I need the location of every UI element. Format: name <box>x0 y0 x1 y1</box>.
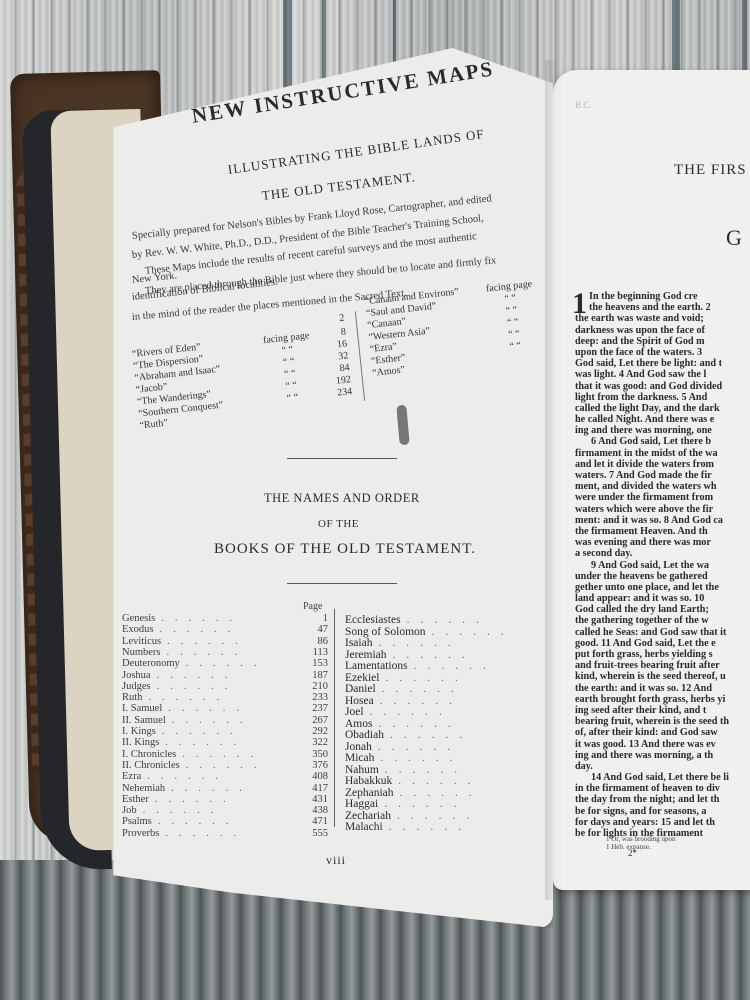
book-name: Nahum <box>345 765 379 776</box>
book-row: Habakkuk...... <box>345 776 555 787</box>
leader-dots: ...... <box>156 726 302 737</box>
leader-dots: ...... <box>162 703 302 714</box>
book-page: 113 <box>302 647 328 658</box>
book-row: Joel...... <box>345 707 555 718</box>
book-name: Ezekiel <box>345 673 379 684</box>
leader-dots: ...... <box>408 661 555 672</box>
book-name: I. Kings <box>122 726 156 737</box>
leader-dots: ...... <box>378 799 555 810</box>
scripture-line: ment: and it was so. 8 And God ca <box>575 515 750 526</box>
scripture-line: In the beginning God cre <box>575 291 750 302</box>
scripture-line: the day from the night; and let th <box>575 794 750 805</box>
scripture-line: put forth grass, herbs yielding s <box>575 649 750 660</box>
scripture-line: bearing fruit, wherein is the seed th <box>575 716 750 727</box>
book-row: I. Kings......292 <box>122 726 328 737</box>
right-page-number: 2* <box>628 848 637 858</box>
scripture-line: earth brought forth grass, herbs yi <box>575 694 750 705</box>
scripture-line: the earth: and it was so. 12 And <box>575 683 750 694</box>
leader-dots: ...... <box>372 742 555 753</box>
scripture-line: land appear: and it was so. 10 <box>575 593 750 604</box>
book-name: Leviticus <box>122 636 161 647</box>
book-name: Amos <box>345 719 372 730</box>
leader-dots: ...... <box>372 719 555 730</box>
scripture-line: ing seed after their kind, and t <box>575 705 750 716</box>
scripture-line: for days and years: 15 and let th <box>575 817 750 828</box>
leader-dots: ...... <box>392 776 555 787</box>
leader-dots: ...... <box>165 783 302 794</box>
book-row: Isaiah...... <box>345 638 555 649</box>
scripture-line: in the firmament of heaven to div <box>575 783 750 794</box>
leader-dots: ...... <box>149 794 302 805</box>
leader-dots: ...... <box>383 822 555 833</box>
book-page: 1 <box>302 613 328 624</box>
book-name: Isaiah <box>345 638 372 649</box>
book-row: Psalms......471 <box>122 816 328 827</box>
book-name: II. Chronicles <box>122 760 180 771</box>
book-row: Zephaniah...... <box>345 788 555 799</box>
book-row: Nahum...... <box>345 765 555 776</box>
book-page: 86 <box>302 636 328 647</box>
leader-dots: ...... <box>180 760 302 771</box>
book-name: Deuteronomy <box>122 658 180 669</box>
book-row: Judges......210 <box>122 681 328 692</box>
book-row: Numbers......113 <box>122 647 328 658</box>
leader-dots: ...... <box>391 811 555 822</box>
scripture-line: was light. 4 And God saw the l <box>575 369 750 380</box>
leader-dots: ...... <box>151 681 302 692</box>
leader-dots: ...... <box>155 613 302 624</box>
book-name: Habakkuk <box>345 776 392 787</box>
book-name: Psalms <box>122 816 152 827</box>
scripture-line: good. 11 And God said, Let the e <box>575 638 750 649</box>
book-page: 376 <box>302 760 328 771</box>
leader-dots: ...... <box>374 753 555 764</box>
books-heading-line-1: THE NAMES AND ORDER <box>264 491 420 506</box>
book-row: Ruth......233 <box>122 692 328 703</box>
book-name: Obadiah <box>345 730 384 741</box>
book-page: 292 <box>302 726 328 737</box>
book-name: Lamentations <box>345 661 408 672</box>
book-page: 187 <box>302 670 328 681</box>
leader-dots: ...... <box>426 627 555 638</box>
leader-dots: ...... <box>159 737 302 748</box>
book-name: Proverbs <box>122 828 159 839</box>
left-page-number: viii <box>326 853 346 868</box>
book-page: 350 <box>302 749 328 760</box>
leader-dots: ...... <box>372 638 555 649</box>
book-page: 408 <box>302 771 328 782</box>
scripture-line: it was good. 13 And there was ev <box>575 739 750 750</box>
book-page: 417 <box>302 783 328 794</box>
scripture-line: waters. 7 And God made the fir <box>575 470 750 481</box>
book-name: Judges <box>122 681 151 692</box>
scripture-line: waters which were above the fir <box>575 504 750 515</box>
book-name: Ruth <box>122 692 142 703</box>
book-page: 47 <box>302 624 328 635</box>
scripture-line: 6 And God said, Let there b <box>575 436 750 447</box>
scripture-line: God called the dry land Earth; <box>575 604 750 615</box>
scripture-line: kind, wherein is the seed thereof, u <box>575 671 750 682</box>
leader-dots: ...... <box>159 828 302 839</box>
book-page: 237 <box>302 703 328 714</box>
leader-dots: ...... <box>176 749 302 760</box>
leader-dots: ...... <box>180 658 302 669</box>
book-row: Daniel...... <box>345 684 555 695</box>
book-row: Joshua......187 <box>122 670 328 681</box>
leader-dots: ...... <box>384 730 555 741</box>
book-name: II. Samuel <box>122 715 166 726</box>
book-row: Ezekiel...... <box>345 673 555 684</box>
book-name: Joshua <box>122 670 151 681</box>
scripture-line: under the heavens be gathered <box>575 571 750 582</box>
book-row: Malachi...... <box>345 822 555 833</box>
scripture-line: darkness was upon the face of <box>575 325 750 336</box>
scripture-text: In the beginning God crethe heavens and … <box>575 291 750 839</box>
leader-dots: ...... <box>387 650 555 661</box>
scripture-line: 9 And God said, Let the wa <box>575 560 750 571</box>
book-row: I. Samuel......237 <box>122 703 328 714</box>
book-row: Amos...... <box>345 719 555 730</box>
book-row: II. Samuel......267 <box>122 715 328 726</box>
leader-dots: ...... <box>154 624 303 635</box>
scripture-line: firmament in the midst of the wa <box>575 448 750 459</box>
book-name: Exodus <box>122 624 154 635</box>
page-column-label: Page <box>303 601 322 612</box>
book-row: Deuteronomy......153 <box>122 658 328 669</box>
book-row: Micah...... <box>345 753 555 764</box>
scripture-line: ment, and divided the waters wh <box>575 481 750 492</box>
book-name: Ecclesiastes <box>345 615 401 626</box>
leader-dots: ...... <box>161 636 302 647</box>
book-title-letter: G <box>726 225 742 251</box>
book-name: Esther <box>122 794 149 805</box>
scripture-line: deep: and the Spirit of God m <box>575 336 750 347</box>
scripture-line: the earth was waste and void; <box>575 313 750 324</box>
book-name: Malachi <box>345 822 383 833</box>
leader-dots: ...... <box>364 707 555 718</box>
book-row: Ezra......408 <box>122 771 328 782</box>
book-name: Jeremiah <box>345 650 387 661</box>
leader-dots: ...... <box>166 715 302 726</box>
leader-dots: ...... <box>374 696 555 707</box>
book-row: Job......438 <box>122 805 328 816</box>
leader-dots: ...... <box>394 788 555 799</box>
book-page: 210 <box>302 681 328 692</box>
scripture-line: 14 And God said, Let there be li <box>575 772 750 783</box>
book-name: Song of Solomon <box>345 627 426 638</box>
book-name: Haggai <box>345 799 378 810</box>
book-name: Ezra <box>122 771 141 782</box>
book-name: Nehemiah <box>122 783 165 794</box>
book-row: Ecclesiastes...... <box>345 615 555 626</box>
book-row: Proverbs......555 <box>122 828 328 839</box>
book-name: Job <box>122 805 137 816</box>
scripture-line: of, after their kind: and God saw <box>575 727 750 738</box>
book-name: Zephaniah <box>345 788 394 799</box>
scripture-line: light from the darkness. 5 And <box>575 392 750 403</box>
margin-mark: B.C. <box>575 100 592 110</box>
leader-dots: ...... <box>401 615 555 626</box>
scripture-line: God said, Let there be light: and t <box>575 358 750 369</box>
book-name: Daniel <box>345 684 376 695</box>
book-row: II. Chronicles......376 <box>122 760 328 771</box>
scripture-line: ing and there was morning, a th <box>575 750 750 761</box>
book-page: 555 <box>302 828 328 839</box>
section-rule <box>287 458 397 459</box>
scripture-line: called he Seas: and God saw that it <box>575 627 750 638</box>
leader-dots: ...... <box>137 805 302 816</box>
book-name: Zechariah <box>345 811 391 822</box>
book-row: Lamentations...... <box>345 661 555 672</box>
scripture-line: was evening and there was mor <box>575 537 750 548</box>
book-row: II. Kings......322 <box>122 737 328 748</box>
scripture-line: upon the face of the waters. 3 <box>575 347 750 358</box>
book-page: 322 <box>302 737 328 748</box>
scripture-line: that it was good: and God divided <box>575 381 750 392</box>
scripture-line: a second day. <box>575 548 750 559</box>
scripture-line: and let it divide the waters from <box>575 459 750 470</box>
maps-list-right: “Canaan and Environs”facing page “Saul a… <box>364 277 552 379</box>
leader-dots: ...... <box>379 673 555 684</box>
book-row: Exodus......47 <box>122 624 328 635</box>
leader-dots: ...... <box>151 670 302 681</box>
leader-dots: ...... <box>376 684 555 695</box>
leader-dots: ...... <box>379 765 555 776</box>
book-row: Leviticus......86 <box>122 636 328 647</box>
book-row: Song of Solomon...... <box>345 627 555 638</box>
leader-dots: ...... <box>161 647 303 658</box>
maps-divider <box>354 311 364 401</box>
books-heading-line-3: BOOKS OF THE OLD TESTAMENT. <box>214 541 476 558</box>
book-name: Joel <box>345 707 364 718</box>
scripture-line: the firmament Heaven. And th <box>575 526 750 537</box>
scripture-line: day. <box>575 761 750 772</box>
leader-dots: ...... <box>141 771 302 782</box>
book-page: 267 <box>302 715 328 726</box>
book-row: Nehemiah......417 <box>122 783 328 794</box>
scripture-line: he called Night. And there was e <box>575 414 750 425</box>
book-heading: THE FIRS <box>674 162 747 179</box>
book-row: Haggai...... <box>345 799 555 810</box>
leader-dots: ...... <box>142 692 302 703</box>
footnote: 1 Or, was brooding upon <box>606 835 676 843</box>
book-name: I. Chronicles <box>122 749 176 760</box>
scripture-line: gether unto one place, and let the <box>575 582 750 593</box>
book-page: 233 <box>302 692 328 703</box>
book-page: 153 <box>302 658 328 669</box>
book-row: Jonah...... <box>345 742 555 753</box>
section-rule <box>287 583 397 584</box>
book-name: Jonah <box>345 742 372 753</box>
book-row: Jeremiah...... <box>345 650 555 661</box>
book-name: Genesis <box>122 613 155 624</box>
book-name: II. Kings <box>122 737 159 748</box>
book-name: Hosea <box>345 696 374 707</box>
book-name: Micah <box>345 753 374 764</box>
book-row: Obadiah...... <box>345 730 555 741</box>
book-name: I. Samuel <box>122 703 162 714</box>
scripture-line: were under the firmament from <box>575 492 750 503</box>
scripture-line: called the light Day, and the dark <box>575 403 750 414</box>
scripture-line: be for signs, and for seasons, a <box>575 806 750 817</box>
scripture-line: ing and there was morning, one <box>575 425 750 436</box>
leader-dots: ...... <box>152 816 302 827</box>
scripture-line: the gathering together of the w <box>575 615 750 626</box>
book-row: I. Chronicles......350 <box>122 749 328 760</box>
books-divider <box>334 609 335 827</box>
book-name: Numbers <box>122 647 161 658</box>
book-row: Genesis......1 <box>122 613 328 624</box>
book-page: 471 <box>302 816 328 827</box>
scripture-line: and fruit-trees bearing fruit after <box>575 660 750 671</box>
book-row: Hosea...... <box>345 696 555 707</box>
book-page: 438 <box>302 805 328 816</box>
book-row: Esther......431 <box>122 794 328 805</box>
books-heading-line-2: OF THE <box>318 518 359 530</box>
book-page: 431 <box>302 794 328 805</box>
book-row: Zechariah...... <box>345 811 555 822</box>
scripture-line: the heavens and the earth. 2 <box>575 302 750 313</box>
